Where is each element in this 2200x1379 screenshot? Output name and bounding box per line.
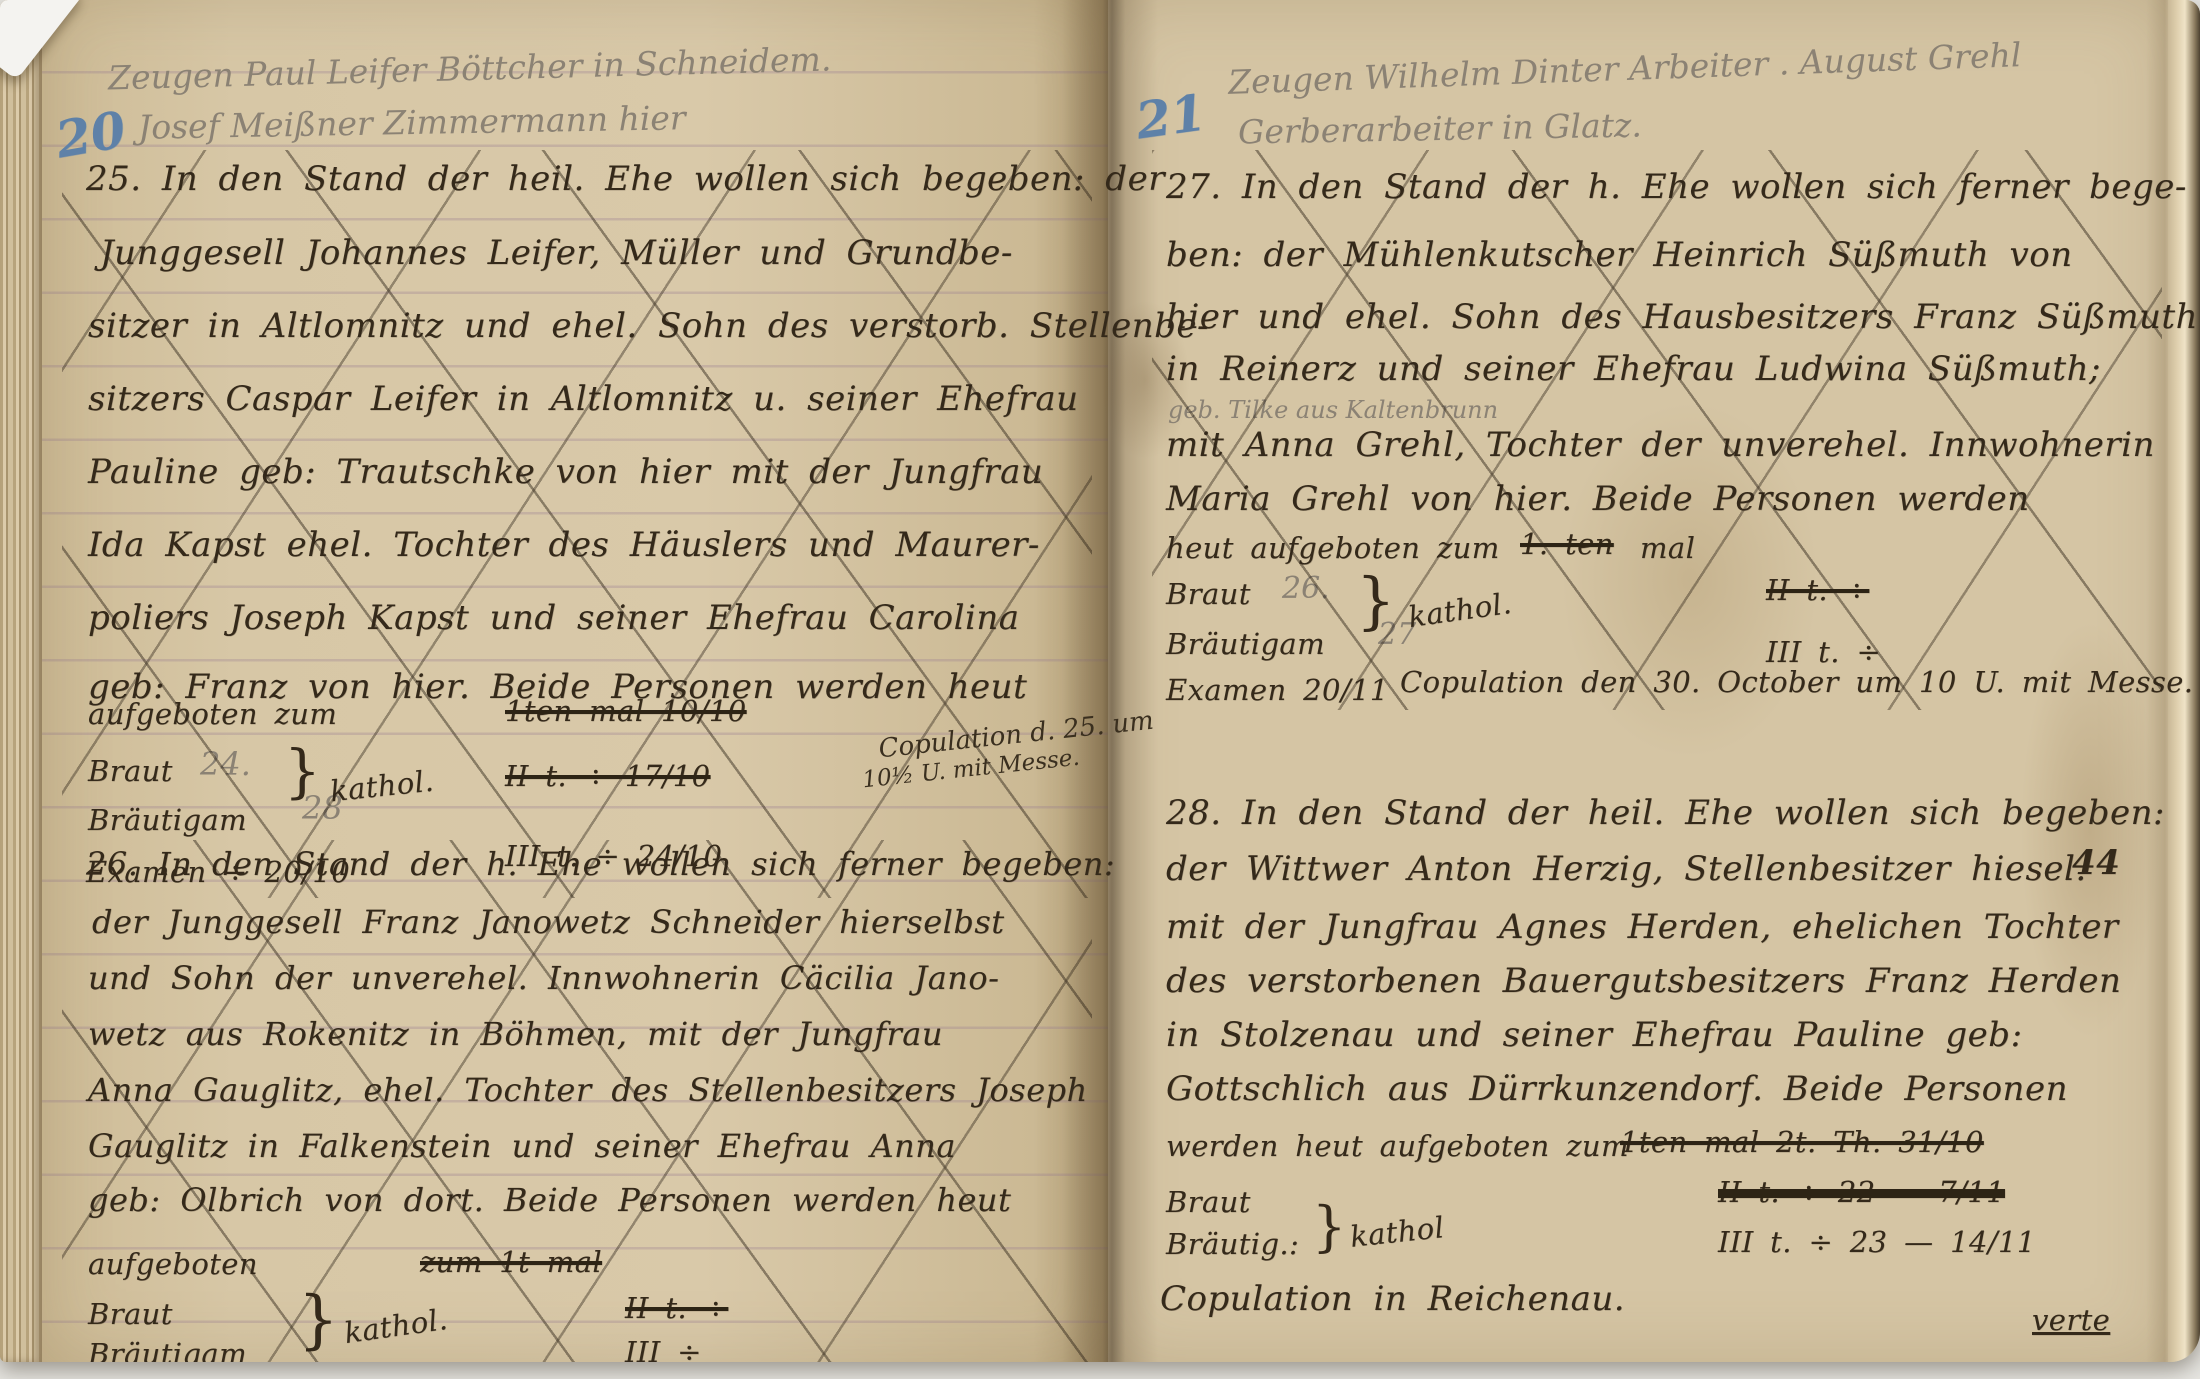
entry-25-line: sitzers Caspar Leifer in Altlomnitz u. s… [88, 382, 1078, 416]
entry-26-line: der Junggesell Franz Janowetz Schneider … [92, 906, 1005, 938]
page-number-pencil-left: 20 [52, 104, 129, 165]
entry-25-braut-label: Braut [88, 757, 173, 786]
entry-26-line: Gauglitz in Falkenstein und seiner Ehefr… [88, 1130, 956, 1162]
entry-26-first-banns-struck: zum 1t mal [420, 1248, 602, 1277]
witness-note-right-line2: Gerberarbeiter in Glatz. [1238, 108, 1642, 148]
entry-25-line: Pauline geb: Trautschke von hier mit der… [88, 455, 1043, 489]
entry-28-margin-mark: 44 [2072, 846, 2120, 880]
entry-26-line: 26. In den Stand der h. Ehe wollen sich … [86, 848, 1115, 880]
verte-note: verte [2032, 1306, 2110, 1335]
entry-27-aufgebot-prefix: heut aufgeboten zum [1166, 534, 1500, 563]
entry-27-line: hier und ehel. Sohn des Hausbesitzers Fr… [1166, 300, 2198, 334]
entry-27-braut-age-pencil: 26. [1282, 574, 1330, 604]
entry-25-first-banns-struck: 1ten mal 10/10 [505, 697, 747, 726]
entry-26-braeutigam-label: Bräutigam [88, 1340, 247, 1362]
entry-26-line: Anna Gauglitz, ehel. Tochter des Stellen… [88, 1074, 1088, 1106]
entry-27-second-banns-struck: II t. ÷ [1766, 576, 1869, 605]
entry-26-braut-label: Braut [88, 1300, 173, 1329]
register-book: Zeugen Paul Leifer Böttcher in Schneidem… [0, 0, 2200, 1362]
entry-26-line: geb: Olbrich von dort. Beide Personen we… [88, 1184, 1011, 1216]
entry-27-examen: Examen 20/11 [1166, 676, 1389, 705]
entry-27-aufgebot-suffix: mal [1640, 534, 1695, 563]
entry-28-braut-label: Braut [1166, 1188, 1251, 1217]
entry-28-line: 28. In den Stand der heil. Ehe wollen si… [1166, 796, 2165, 830]
book-page-edges-left [0, 0, 42, 1362]
entry-27-copulation-note: Copulation den 30. October um 10 U. mit … [1400, 668, 2193, 697]
entry-27-braut-label: Braut [1166, 580, 1251, 609]
entry-25-aufgebot-label: aufgeboten zum [88, 700, 337, 729]
entry-25-braeutigam-label: Bräutigam [88, 806, 247, 835]
entry-28-braeutigam-label: Bräutig.: [1166, 1230, 1299, 1259]
entry-25-line: Junggesell Johannes Leifer, Müller und G… [100, 236, 1013, 270]
entry-28-line: der Wittwer Anton Herzig, Stellenbesitze… [1166, 852, 2087, 886]
entry-28-third-banns: III t. ÷ 23 — 14/11 [1718, 1228, 2036, 1257]
entry-27-line: 27. In den Stand der h. Ehe wollen sich … [1166, 170, 2187, 204]
entry-27-aufgebot-struck: 1. ten [1520, 530, 1614, 559]
entry-28-second-banns-struck: II t. ÷ 22 — 7/11 [1718, 1178, 2005, 1207]
entry-25-line: Ida Kapst ehel. Tochter des Häuslers und… [88, 528, 1040, 562]
entry-27-line: ben: der Mühlenkutscher Heinrich Süßmuth… [1166, 238, 2073, 272]
witness-note-left-line2: Josef Meißner Zimmermann hier [138, 101, 686, 144]
entry-26-line: wetz aus Rokenitz in Böhmen, mit der Jun… [88, 1018, 943, 1050]
entry-27-line: mit Anna Grehl, Tochter der unverehel. I… [1166, 428, 2155, 462]
entry-27-pencil-note: geb. Tilke aus Kaltenbrunn [1168, 398, 1498, 422]
entry-28-line: mit der Jungfrau Agnes Herden, ehelichen… [1166, 910, 2119, 944]
entry-27-third-banns: III t. ÷ [1766, 638, 1881, 667]
entry-28-aufgebot-struck: 1ten mal 2t. Th. 31/10 [1620, 1128, 1984, 1157]
register-scan: Zeugen Paul Leifer Böttcher in Schneidem… [0, 0, 2200, 1379]
entry-27-line: in Reinerz und seiner Ehefrau Ludwina Sü… [1166, 352, 2101, 386]
entry-27-line: Maria Grehl von hier. Beide Personen wer… [1166, 482, 2030, 516]
entry-28-line: des verstorbenen Bauergutsbesitzers Fran… [1166, 964, 2121, 998]
entry-26-aufgebot-label: aufgeboten [88, 1250, 258, 1279]
entry-28-line: Gottschlich aus Dürrkunzendorf. Beide Pe… [1166, 1072, 2068, 1106]
entry-26-brace: } [298, 1288, 339, 1352]
entry-28-line: in Stolzenau und seiner Ehefrau Pauline … [1166, 1018, 2023, 1052]
entry-28-copulation-note: Copulation in Reichenau. [1160, 1282, 1625, 1316]
entry-25-braut-age-pencil: 24. [200, 748, 251, 780]
page-number-pencil-right: 21 [1133, 87, 1209, 146]
entry-25-line: sitzer in Altlomnitz und ehel. Sohn des … [88, 309, 1209, 343]
entry-28-brace: } [1312, 1200, 1346, 1254]
entry-26-third-banns: III ÷ [625, 1338, 702, 1362]
entry-25-line: poliers Joseph Kapst und seiner Ehefrau … [88, 601, 1020, 635]
entry-27-brace: } [1356, 570, 1395, 632]
entry-26-second-banns-struck: II t. ÷ [625, 1294, 728, 1323]
entry-25-brace: } [284, 742, 321, 800]
entry-26-line: und Sohn der unverehel. Innwohnerin Cäci… [88, 962, 999, 994]
entry-28-aufgebot-prefix: werden heut aufgeboten zum [1166, 1132, 1629, 1161]
entry-27-braeutigam-label: Bräutigam [1166, 630, 1325, 659]
entry-25-line: 25. In den Stand der heil. Ehe wollen si… [86, 162, 1165, 196]
entry-25-second-banns-struck: II t. ÷ 17/10 [505, 762, 711, 791]
